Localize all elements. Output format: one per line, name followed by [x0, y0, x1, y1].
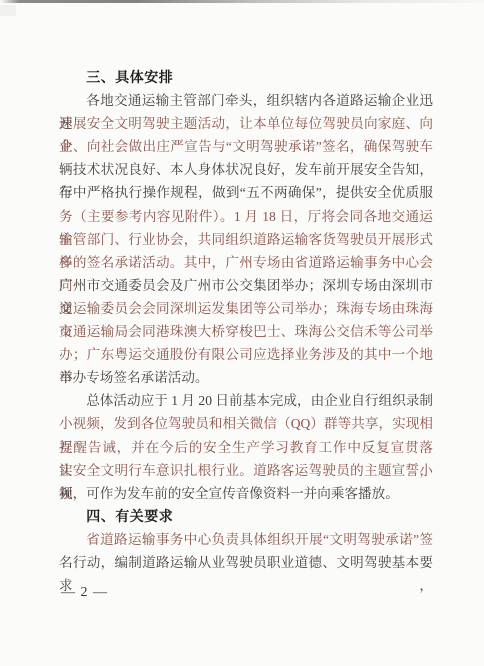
text-line: 辆技术状况良好、本人身体状况良好，发车前开展安全告知，行	[59, 158, 433, 181]
text-line: 总体活动应于 1 月 20 日前基本完成，由企业自行组织录制	[59, 389, 433, 412]
text-line: 主管部门、行业协会，共同组织道路运输客货驾驶员开展形式多	[59, 228, 433, 251]
text-line: 提醒告诫，并在今后的安全生产学习教育工作中反复宣贯落实，	[59, 436, 433, 459]
text-line: 名行动，编制道路运输从业驾驶员职业道德、文明驾驶基本要求，	[59, 551, 433, 574]
text-line: 交通运输局会同港珠澳大桥穿梭巴士、珠海公交信禾等公司举	[59, 320, 433, 343]
text-line: 车中严格执行操作规程，做到“五不两确保”，提供安全优质服	[59, 181, 433, 204]
page-number: — 2 —	[61, 585, 108, 601]
text-line: 业、向社会做出庄严宣告与“文明驾驶承诺”签名，确保驾驶车	[59, 135, 433, 158]
text-line: 举办专场签名承诺活动。	[59, 366, 433, 389]
text-line: 通运输委员会会同深圳运发集团等公司举办；珠海专场由珠海市	[59, 297, 433, 320]
text-line: 办；广东粤运交通股份有限公司应选择业务涉及的其中一个地市	[59, 343, 433, 366]
text-line: 让安全文明行车意识扎根行业。道路客运驾驶员的主题宣誓小视	[59, 459, 433, 482]
text-line: 样的签名承诺活动。其中，广州专场由省道路运输事务中心会同	[59, 251, 433, 274]
scan-edge-artifact	[0, 0, 484, 3]
scan-corner-artifact	[0, 5, 16, 16]
text-line: 省道路运输事务中心负责具体组织开展“文明驾驶承诺”签	[59, 528, 433, 551]
text-line: 开展安全文明驾驶主题活动，让本单位每位驾驶员向家庭、向企	[59, 112, 433, 135]
section-heading: 三、具体安排	[59, 66, 433, 89]
section-heading: 四、有关要求	[59, 505, 433, 528]
text-line: 广州市交通委员会及广州市公交集团举办；深圳专场由深圳市交	[59, 274, 433, 297]
text-line: 频，可作为发车前的安全宣传音像资料一并向乘客播放。	[59, 482, 433, 505]
document-body: 三、具体安排 各地交通运输主管部门牵头，组织辖内各道路运输企业迅速 开展安全文明…	[59, 66, 433, 574]
text-line: 各地交通运输主管部门牵头，组织辖内各道路运输企业迅速	[59, 89, 433, 112]
text-line: 小视频，发到各位驾驶员和相关微信（QQ）群等共享，实现相互	[59, 412, 433, 435]
text-line: 务（主要参考内容见附件）。1 月 18 日，厅将会同各地交通运输	[59, 205, 433, 228]
